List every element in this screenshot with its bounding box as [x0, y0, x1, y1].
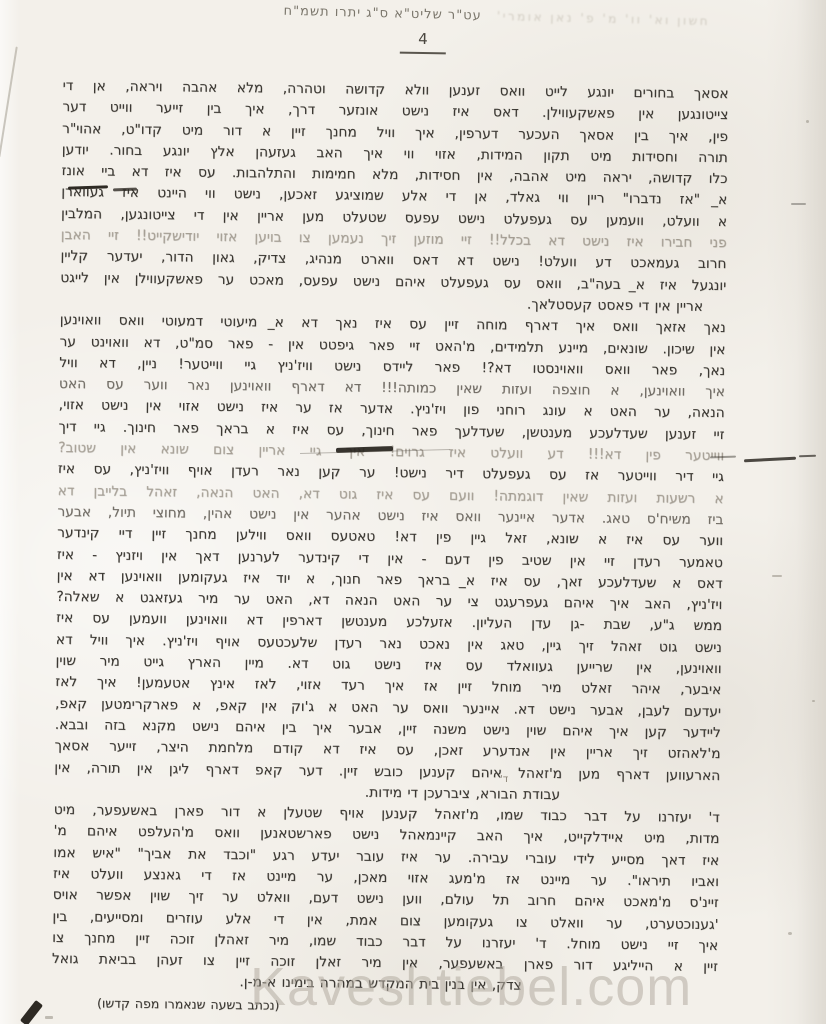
body-text-block: אסאך בחורים יונגע לייט וואס זענען וולא ק…	[51, 76, 728, 1021]
page-number: 4	[400, 30, 446, 55]
paper-edge-line	[0, 47, 18, 158]
scanned-document-page: חשון וא' וו' מ' פ' נאן אומרי' עט"ר שליט"…	[0, 0, 826, 1024]
corner-ink-mark	[20, 1000, 43, 1024]
margin-dash-mark	[744, 457, 796, 463]
scan-speck	[772, 575, 782, 577]
page-header: חשון וא' וו' מ' פ' נאן אומרי' עט"ר שליט"…	[205, 2, 710, 40]
scan-speck	[812, 700, 815, 702]
scan-speck	[788, 932, 792, 935]
superscript-margin-mark: ד'	[500, 774, 508, 785]
margin-dash-mark	[799, 455, 816, 458]
header-title-text: עט"ר שליט"א ס"ג יתרו תשמ"ח	[283, 4, 481, 24]
scan-speck	[806, 120, 809, 123]
margin-dash-mark	[791, 203, 806, 205]
header-ghost-text: חשון וא' וו' מ' פ' נאן אומרי'	[497, 9, 711, 28]
scan-speck	[45, 1016, 53, 1019]
site-watermark: Kaveshtiebel.com	[250, 956, 692, 1018]
